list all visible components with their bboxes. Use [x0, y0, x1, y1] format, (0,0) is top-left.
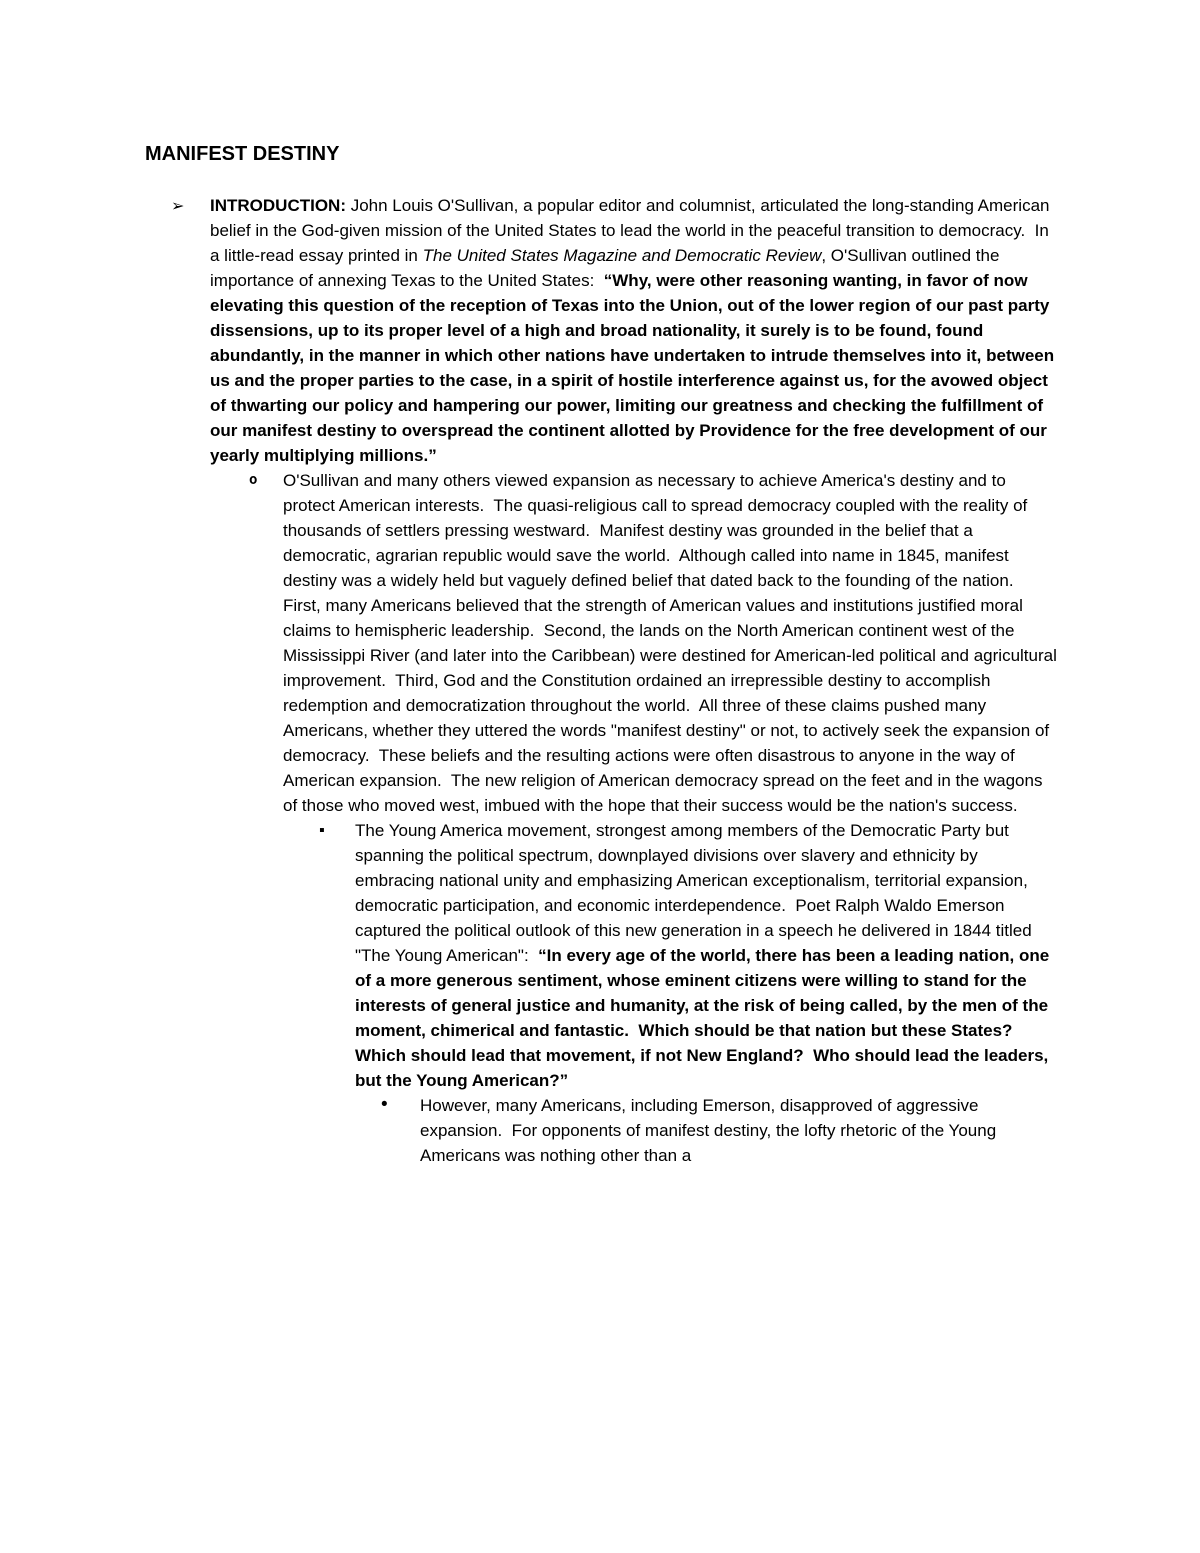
text-run: However, many Americans, including Emers… — [420, 1096, 1000, 1165]
list-item-text: INTRODUCTION: John Louis O'Sullivan, a p… — [210, 196, 1059, 465]
square-bullet-icon: ▪ — [319, 818, 325, 843]
o-bullet-icon: o — [249, 468, 257, 493]
document-title: MANIFEST DESTINY — [145, 142, 1057, 166]
text-run: “Why, were other reasoning wanting, in f… — [210, 271, 1059, 465]
document-content: MANIFEST DESTINY ➢INTRODUCTION: John Lou… — [145, 142, 1057, 1168]
list-item: ➢INTRODUCTION: John Louis O'Sullivan, a … — [145, 193, 1057, 468]
list-item: ▪The Young America movement, strongest a… — [145, 818, 1057, 1093]
document-body: ➢INTRODUCTION: John Louis O'Sullivan, a … — [145, 193, 1057, 1168]
text-run: The United States Magazine and Democrati… — [423, 246, 822, 265]
list-item: •However, many Americans, including Emer… — [145, 1093, 1057, 1168]
text-run: “In every age of the world, there has be… — [355, 946, 1054, 1090]
text-run: O'Sullivan and many others viewed expans… — [283, 471, 1062, 815]
list-item-text: However, many Americans, including Emers… — [420, 1096, 1000, 1165]
text-run: INTRODUCTION: — [210, 196, 351, 215]
list-item: oO'Sullivan and many others viewed expan… — [145, 468, 1057, 818]
list-item-text: O'Sullivan and many others viewed expans… — [283, 471, 1062, 815]
document-page: MANIFEST DESTINY ➢INTRODUCTION: John Lou… — [0, 0, 1200, 1553]
arrowhead-bullet-icon: ➢ — [171, 193, 184, 218]
list-item-text: The Young America movement, strongest am… — [355, 821, 1054, 1090]
circle-bullet-icon: • — [381, 1092, 388, 1117]
text-run: The Young America movement, strongest am… — [355, 821, 1036, 965]
